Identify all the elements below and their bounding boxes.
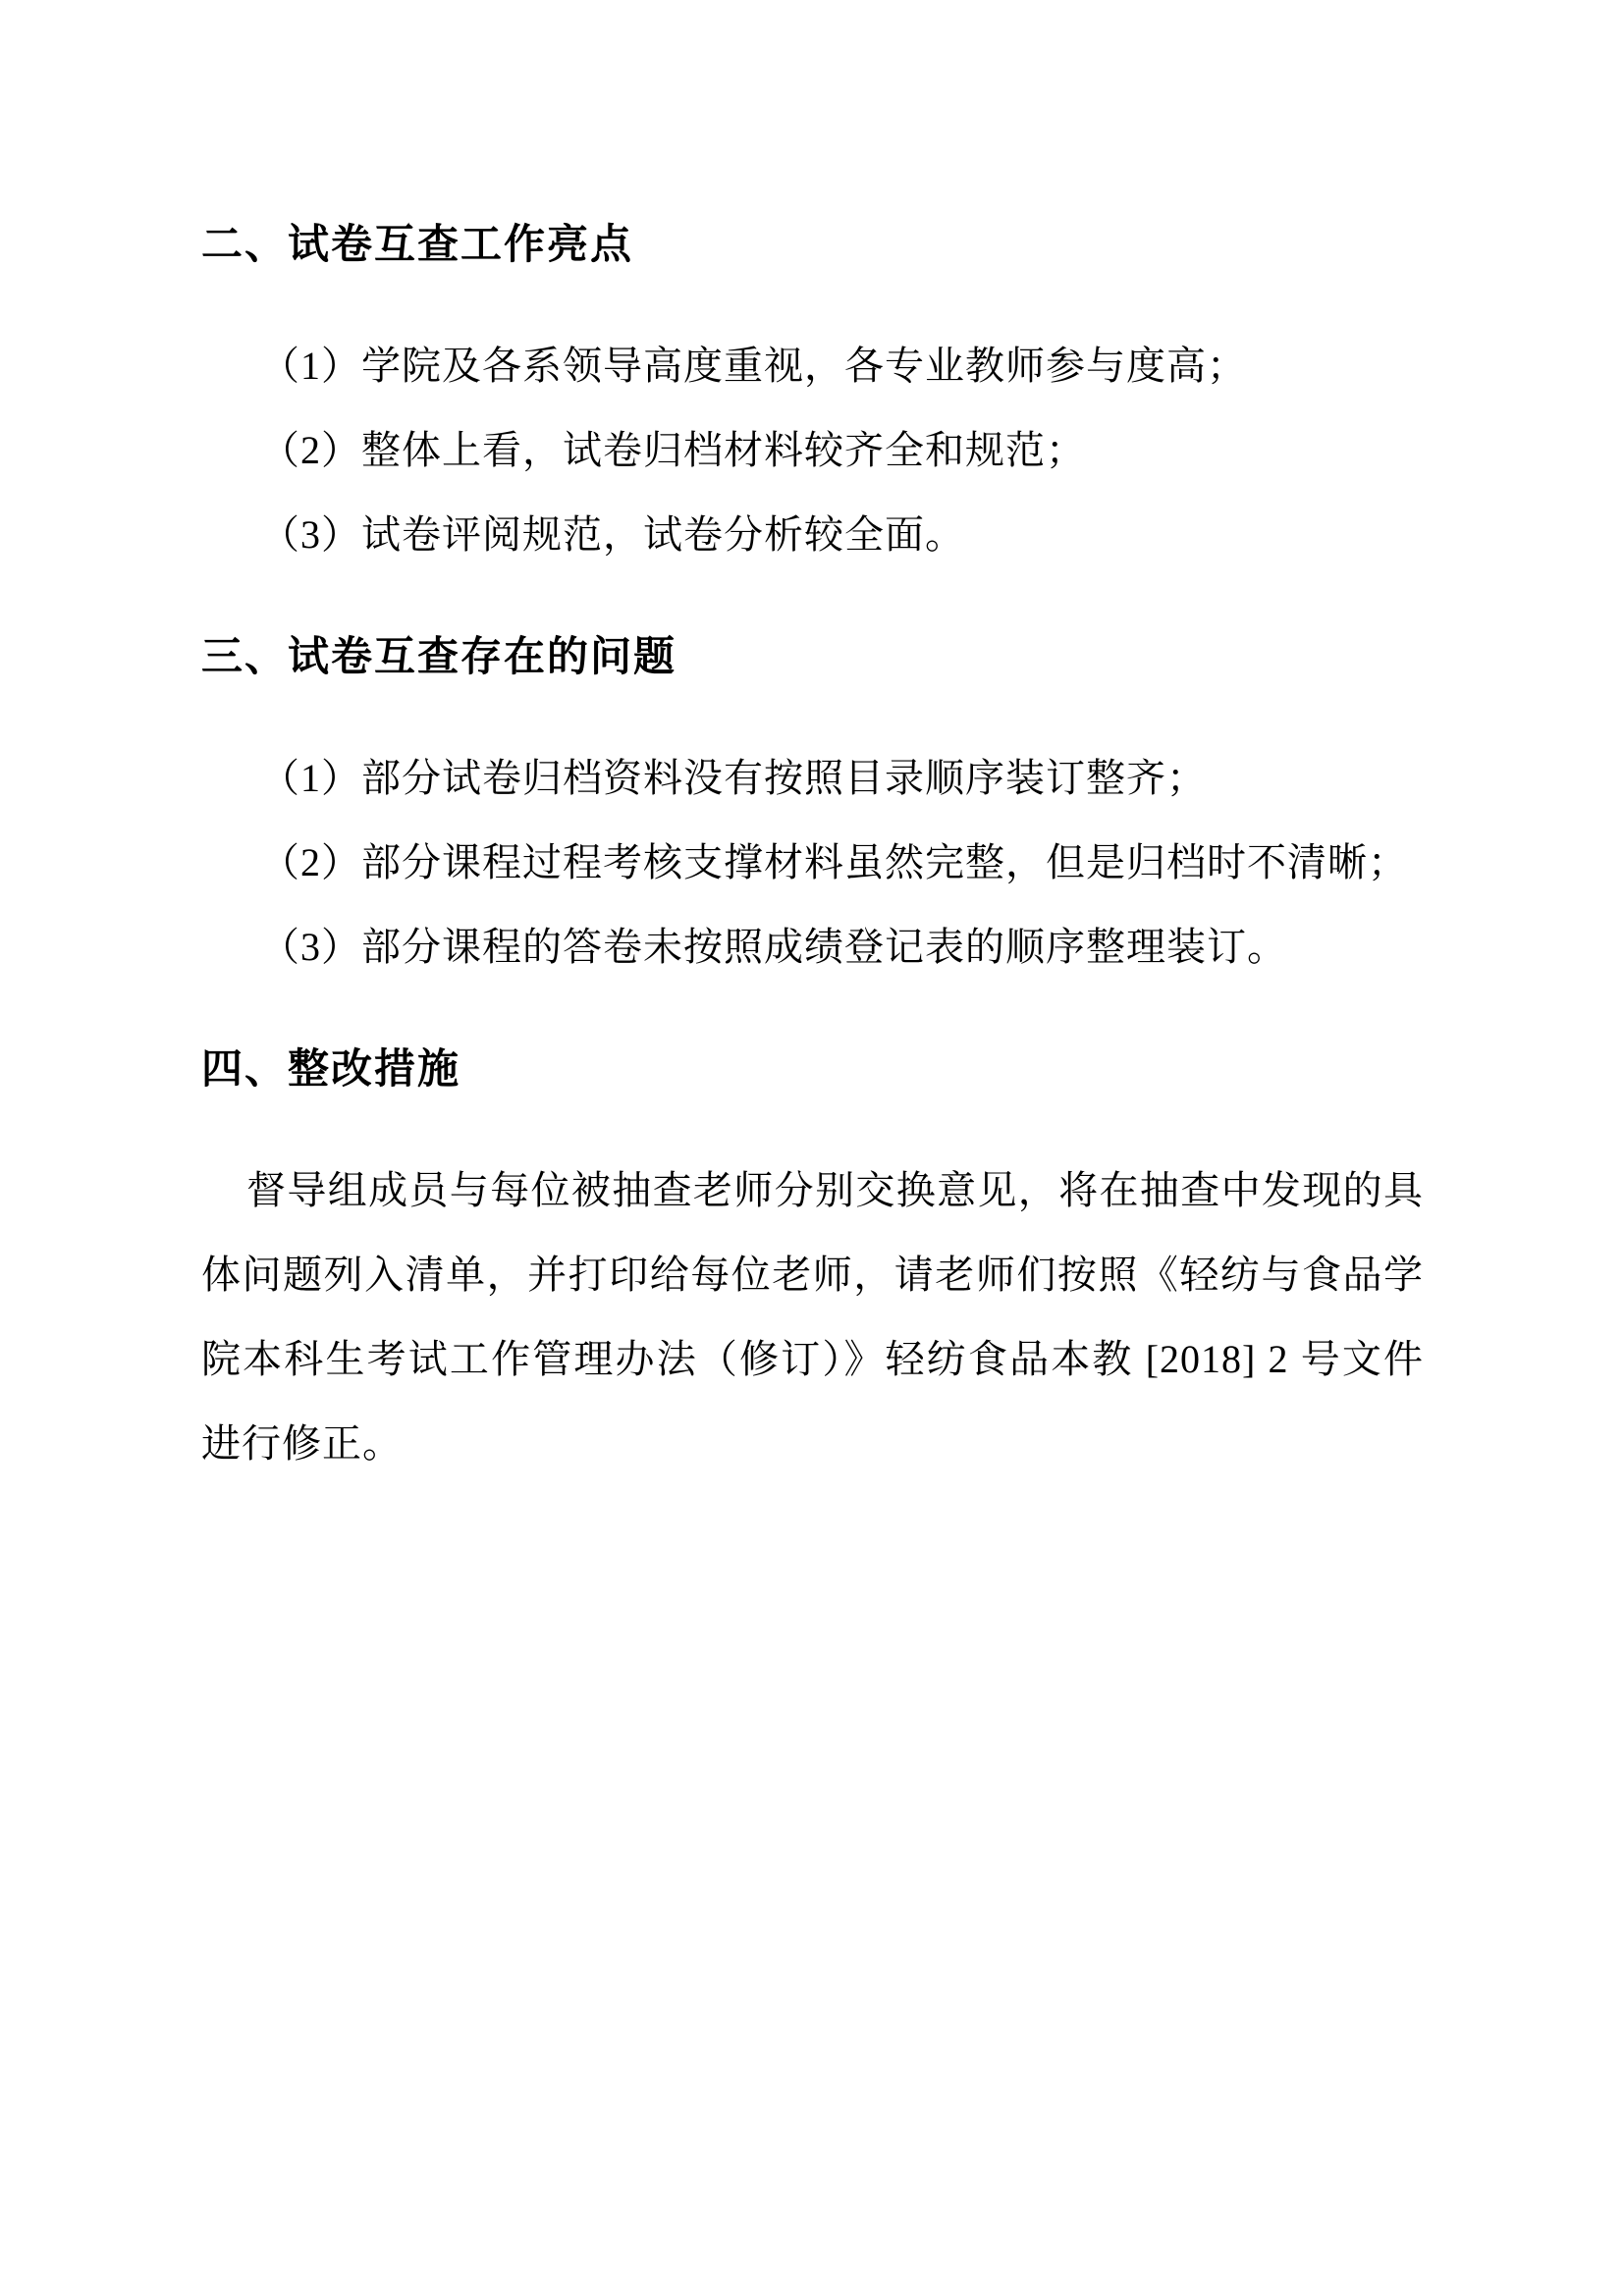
section-heading-problems: 三、试卷互查存在的问题 [201, 614, 1424, 699]
list-item: （2）部分课程过程考核支撑材料虽然完整，但是归档时不清晰； [201, 821, 1424, 905]
section-measures: 四、整改措施 督导组成员与每位被抽查老师分别交换意见，将在抽查中发现的具体问题列… [201, 1027, 1424, 1486]
list-item: （3）试卷评阅规范，试卷分析较全面。 [201, 493, 1424, 577]
list-item: （2）整体上看，试卷归档材料较齐全和规范； [201, 408, 1424, 493]
list-item: （3）部分课程的答卷未按照成绩登记表的顺序整理装订。 [201, 905, 1424, 989]
document-page: 二、试卷互查工作亮点 （1）学院及各系领导高度重视，各专业教师参与度高； （2）… [0, 0, 1624, 2296]
section-problems: 三、试卷互查存在的问题 （1）部分试卷归档资料没有按照目录顺序装订整齐； （2）… [201, 614, 1424, 989]
list-item: （1）学院及各系领导高度重视，各专业教师参与度高； [201, 324, 1424, 408]
section-highlights: 二、试卷互查工作亮点 （1）学院及各系领导高度重视，各专业教师参与度高； （2）… [201, 202, 1424, 577]
paragraph: 督导组成员与每位被抽查老师分别交换意见，将在抽查中发现的具体问题列入清单，并打印… [201, 1148, 1424, 1486]
list-item: （1）部分试卷归档资料没有按照目录顺序装订整齐； [201, 736, 1424, 821]
section-heading-measures: 四、整改措施 [201, 1027, 1424, 1111]
section-heading-highlights: 二、试卷互查工作亮点 [201, 202, 1424, 287]
